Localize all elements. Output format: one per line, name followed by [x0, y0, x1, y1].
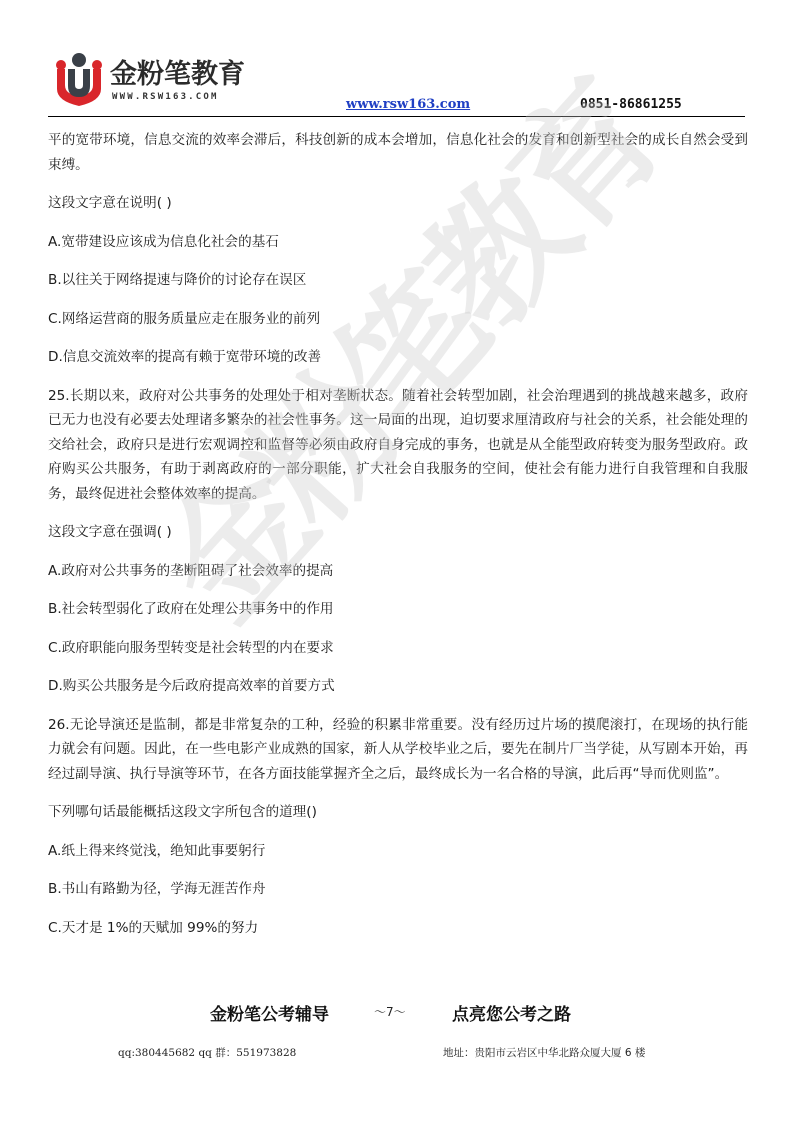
footer-slogan-left: 金粉笔公考辅导: [210, 1000, 329, 1025]
page-header: 金粉笔教育 WWW.RSW163.COM www.rsw163.com 0851…: [48, 48, 745, 118]
footer-qq: qq:380445682 qq 群：551973828: [118, 1045, 296, 1060]
brand-url: WWW.RSW163.COM: [112, 92, 219, 102]
q24-option-a: A.宽带建设应该成为信息化社会的基石: [48, 230, 748, 255]
footer-contact: qq:380445682 qq 群：551973828 地址：贵阳市云岩区中华北…: [0, 1045, 793, 1065]
footer-address: 地址：贵阳市云岩区中华北路众厦大厦 6 楼: [443, 1045, 645, 1060]
page-footer: 金粉笔公考辅导 ～7～ 点亮您公考之路: [0, 1000, 793, 1030]
q24-option-b: B.以往关于网络提速与降价的讨论存在误区: [48, 268, 748, 293]
q25-passage: 25.长期以来，政府对公共事务的处理处于相对垄断状态。随着社会转型加剧，社会治理…: [48, 384, 748, 507]
q24-prompt: 这段文字意在说明( ): [48, 191, 748, 216]
footer-slogan-right: 点亮您公考之路: [452, 1000, 571, 1025]
q25-option-b: B.社会转型弱化了政府在处理公共事务中的作用: [48, 597, 748, 622]
q24-option-d: D.信息交流效率的提高有赖于宽带环境的改善: [48, 345, 748, 370]
document-content: 平的宽带环境，信息交流的效率会滞后，科技创新的成本会增加，信息化社会的发育和创新…: [48, 128, 748, 954]
logo-icon: [53, 51, 105, 107]
q25-option-a: A.政府对公共事务的垄断阻碍了社会效率的提高: [48, 559, 748, 584]
q26-passage: 26.无论导演还是监制，都是非常复杂的工种，经验的积累非常重要。没有经历过片场的…: [48, 713, 748, 787]
q24-option-c: C.网络运营商的服务质量应走在服务业的前列: [48, 307, 748, 332]
site-link[interactable]: www.rsw163.com: [346, 97, 470, 112]
q26-prompt: 下列哪句话最能概括这段文字所包含的道理(): [48, 800, 748, 825]
q25-prompt: 这段文字意在强调( ): [48, 520, 748, 545]
q26-option-a: A.纸上得来终觉浅，绝知此事要躬行: [48, 839, 748, 864]
page-number: ～7～: [374, 1003, 406, 1020]
header-divider: [48, 116, 745, 117]
q26-option-b: B.书山有路勤为径，学海无涯苦作舟: [48, 877, 748, 902]
q25-option-d: D.购买公共服务是今后政府提高效率的首要方式: [48, 674, 748, 699]
q24-passage-tail: 平的宽带环境，信息交流的效率会滞后，科技创新的成本会增加，信息化社会的发育和创新…: [48, 128, 748, 177]
phone-number: 0851-86861255: [580, 97, 682, 112]
q25-option-c: C.政府职能向服务型转变是社会转型的内在要求: [48, 636, 748, 661]
brand-name: 金粉笔教育: [110, 60, 245, 90]
q26-option-c: C.天才是 1%的天赋加 99%的努力: [48, 916, 748, 941]
document-page: 金粉笔教育 WWW.RSW163.COM www.rsw163.com 0851…: [0, 0, 793, 1122]
